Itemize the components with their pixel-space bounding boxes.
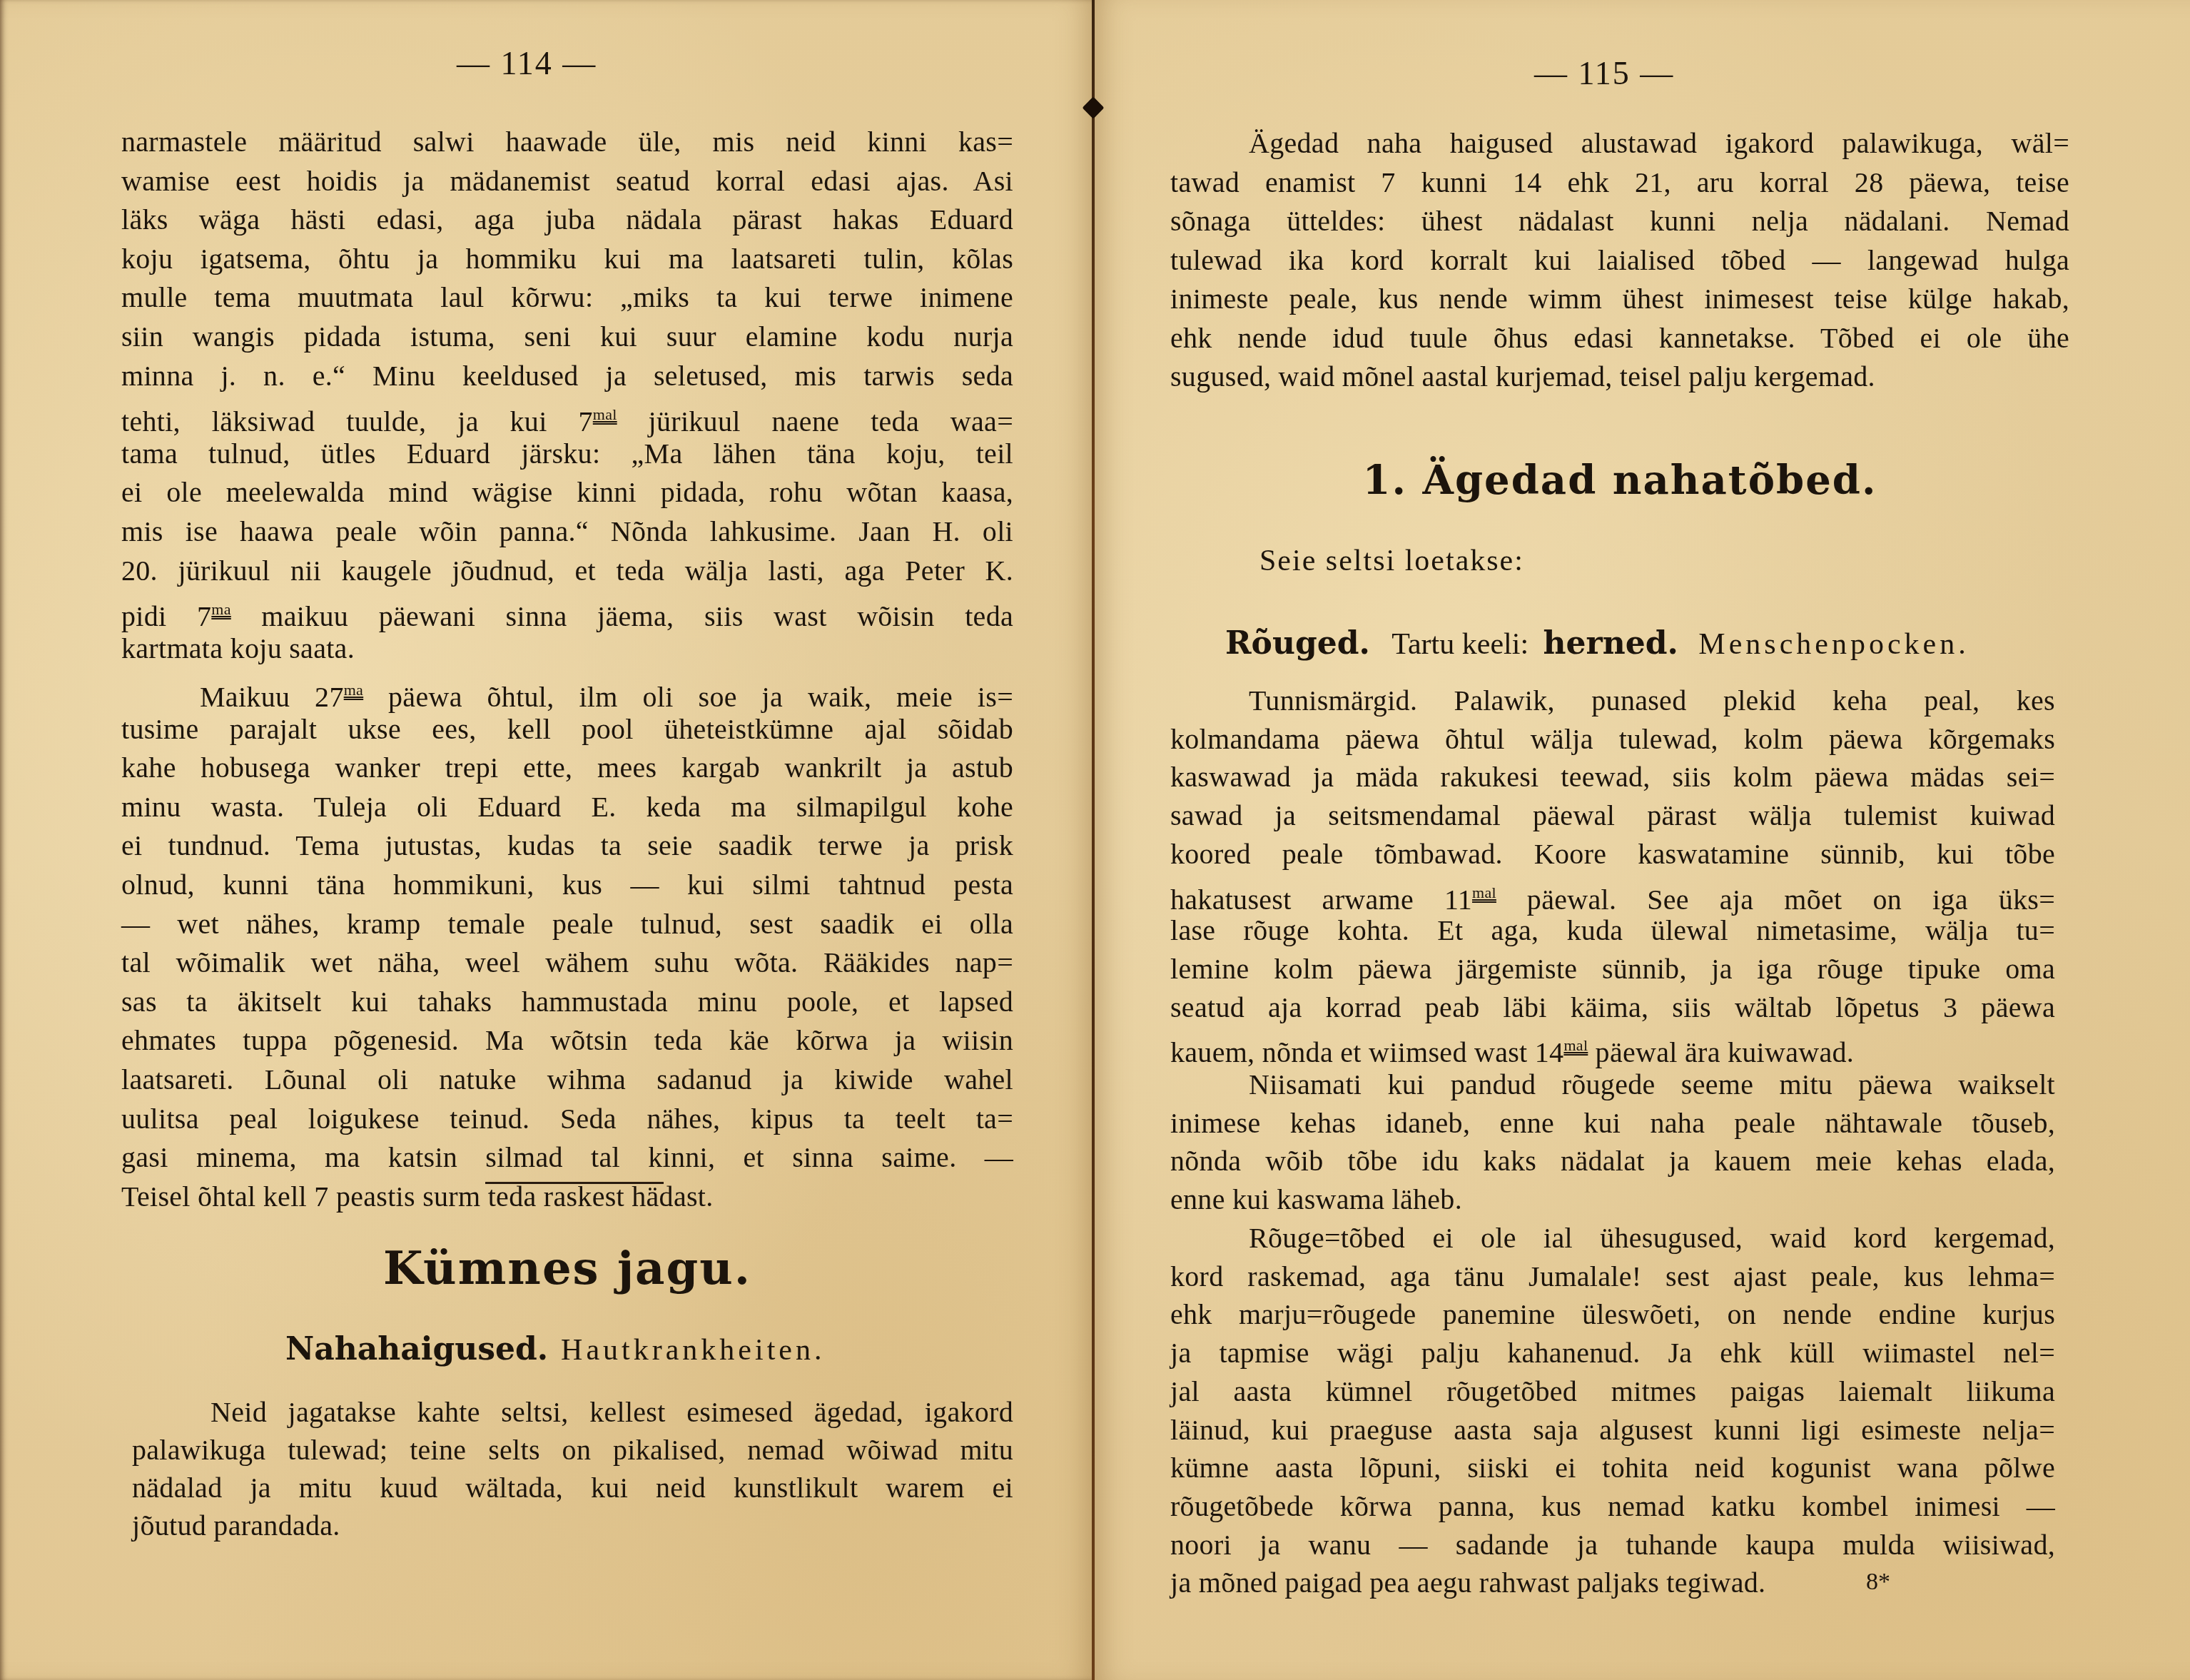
text-line: sas ta äkitselt kui tahaks hammustada mi… <box>121 983 1013 1021</box>
page-number-right: — 115 — <box>1534 54 1674 92</box>
text-fragment: pidi 7 <box>121 600 211 632</box>
text-line: ei ole meelewalda mind wägise kinni pida… <box>121 473 1013 512</box>
text-line: wamise eest hoidis ja mädanemist seatud … <box>121 162 1013 201</box>
section-divider-rule <box>485 1182 664 1184</box>
text-line: kümne aasta lõpuni, siiski ei tohita nei… <box>1170 1449 2055 1487</box>
text-line: kartmata koju saata. <box>121 629 1013 668</box>
text-fragment: mal <box>1472 884 1496 901</box>
heading-estonian: Nahahaigused. <box>285 1331 548 1367</box>
text-fragment: Maikuu 27 <box>200 681 344 713</box>
text-line: koored peale tõmbawad. Koore kaswatamine… <box>1170 835 2055 874</box>
text-line: kauem, nõnda et wiimsed wast 14mal päewa… <box>1170 1026 2055 1065</box>
text-line: ja mõned paigad pea aegu rahwast paljaks… <box>1170 1564 2055 1602</box>
heading-german: Hautkrankheiten. <box>561 1334 825 1367</box>
book-gutter <box>1092 0 1095 1680</box>
text-line: pidi 7ma maikuu päewani sinna jäema, sii… <box>121 590 1013 629</box>
text-line: jal aasta kümnel rõugetõbed mitmes paiga… <box>1170 1372 2055 1411</box>
signature-mark: 8* <box>1866 1569 1890 1596</box>
text-line: kahe hobusega wanker trepi ette, mees ka… <box>121 749 1013 787</box>
text-fragment: päewa õhtul, ilm oli soe ja waik, meie i… <box>363 681 1013 713</box>
text-line: laatsareti. Lõunal oli natuke wihma sada… <box>121 1061 1013 1099</box>
text-line: kolmandama päewa õhtul wälja tulewad, ko… <box>1170 720 2055 759</box>
text-line: sugused, waid mõnel aastal kurjemad, tei… <box>1170 358 2069 396</box>
text-fragment: ma <box>211 600 230 618</box>
text-line: rõugetõbede kõrwa panna, kus nemad katku… <box>1170 1487 2055 1526</box>
text-line: nõnda wõib tõbe idu kaks nädalat ja kaue… <box>1170 1142 2055 1180</box>
text-line: sõnaga ütteldes: ühest nädalast kunni ne… <box>1170 202 2069 241</box>
text-line: ja tapmise wägi palju kahanenud. Ja ehk … <box>1170 1334 2055 1372</box>
intro-line: Seie seltsi loetakse: <box>1259 544 1524 578</box>
disease-heading-smallpox: Rõuged. Tartu keeli: herned. Menschenpoc… <box>1225 625 1970 662</box>
text-fragment: päewal ära kuiwawad. <box>1588 1036 1854 1068</box>
text-line: mulle tema muutmata laul kõrwu: „miks ta… <box>121 278 1013 317</box>
text-line: tusime parajalt ukse ees, kell pool ühet… <box>121 710 1013 749</box>
text-line: enne kui kaswama läheb. <box>1170 1180 2055 1219</box>
text-line: tal wõimalik wet näha, weel wähem suhu w… <box>121 943 1013 982</box>
text-line: mis ise haawa peale wõin panna.“ Nõnda l… <box>121 512 1013 551</box>
text-line: tawad enamist 7 kunni 14 ehk 21, aru kor… <box>1170 163 2069 202</box>
text-line: narmastele määritud salwi haawade üle, m… <box>121 123 1013 161</box>
text-line: lemine kolm päewa järgemiste sünnib, ja … <box>1170 950 2055 988</box>
text-line: palawikuga tulewad; teine selts on pikal… <box>132 1431 1013 1469</box>
text-fragment: hakatusest arwame 11 <box>1170 884 1472 916</box>
text-fragment: maikuu päewani sinna jäema, siis wast wõ… <box>231 600 1013 632</box>
text-line: siin wangis pidada istuma, seni kui suur… <box>121 318 1013 356</box>
dialect-name: herned. <box>1543 625 1678 662</box>
text-line: tehti, läksiwad tuulde, ja kui 7mal jüri… <box>121 395 1013 434</box>
text-line: tulewad ika kord korralt kui laialised t… <box>1170 241 2069 280</box>
text-line: 20. jürikuul nii kaugele jõudnud, et ted… <box>121 552 1013 590</box>
german-name: Menschenpocken. <box>1698 628 1969 661</box>
text-line: olnud, kunni täna hommikuni, kus — kui s… <box>121 866 1013 904</box>
text-fragment: jürikuul naene teda waa= <box>617 405 1013 437</box>
text-line: minna j. n. e.“ Minu keeldused ja seletu… <box>121 357 1013 395</box>
text-line: Maikuu 27ma päewa õhtul, ilm oli soe ja … <box>121 671 1013 709</box>
text-line: kord raskemad, aga tänu Jumalale! sest a… <box>1170 1258 2055 1296</box>
section-title-acute-skin-diseases: 1. Ägedad nahatõbed. <box>1170 457 2069 504</box>
text-line: lase rõuge kohta. Et aga, kuda ülewal ni… <box>1170 911 2055 950</box>
text-line: Neid jagatakse kahte seltsi, kellest esi… <box>132 1393 1013 1432</box>
text-line: seatud aja korrad peab läbi käima, siis … <box>1170 988 2055 1027</box>
text-line: inimeste peale, kus nende wimm ühest ini… <box>1170 280 2069 318</box>
text-line: jõutud parandada. <box>132 1507 1013 1545</box>
section-heading-skin-diseases: Nahahaigused.Hautkrankheiten. <box>285 1331 825 1367</box>
text-line: Niisamati kui pandud rõugede seeme mitu … <box>1170 1066 2055 1104</box>
disease-name: Rõuged. <box>1225 625 1370 662</box>
text-line: ehk nende idud tuule õhus edasi kannetak… <box>1170 319 2069 358</box>
text-line: tama tulnud, ütles Eduard järsku: „Ma lä… <box>121 435 1013 473</box>
page-number-left: — 114 — <box>457 44 597 82</box>
text-fragment: kauem, nõnda et wiimsed wast 14 <box>1170 1036 1563 1068</box>
text-line: uulitsa peal loigukese teinud. Seda nähe… <box>121 1100 1013 1138</box>
text-line: noori ja wanu — sadande ja tuhande kaupa… <box>1170 1526 2055 1564</box>
text-line: sawad ja seitsmendamal päewal pärast wäl… <box>1170 796 2055 835</box>
text-fragment: mal <box>1563 1036 1588 1054</box>
chapter-title: Kümnes jagu. <box>121 1242 1013 1295</box>
text-line: Ägedad naha haigused alustawad igakord p… <box>1170 124 2069 163</box>
text-line: nädalad ja mitu kuud wältada, kui neid k… <box>132 1469 1013 1507</box>
text-fragment: päewal. See aja mõet on iga üks= <box>1496 884 2055 916</box>
text-line: inimese kehas idaneb, enne kui naha peal… <box>1170 1104 2055 1143</box>
text-line: läinud, kui praeguse aasta saja algusest… <box>1170 1411 2055 1449</box>
dialect-label: Tartu keeli: <box>1391 628 1529 661</box>
text-line: — wet nähes, kramp temale peale tulnud, … <box>121 905 1013 943</box>
text-fragment: tehti, läksiwad tuulde, ja kui 7 <box>121 405 593 437</box>
text-line: kaswawad ja mäda rakukesi teewad, siis k… <box>1170 758 2055 796</box>
text-line: ei tundnud. Tema jutustas, kudas ta seie… <box>121 826 1013 865</box>
text-line: ehmates tuppa põgenesid. Ma wõtsin teda … <box>121 1021 1013 1060</box>
text-line: ehk marju=rõugede panemine üleswõeti, on… <box>1170 1295 2055 1334</box>
text-line: gasi minema, ma katsin silmad tal kinni,… <box>121 1138 1013 1177</box>
text-line: koju igatsema, õhtu ja hommiku kui ma la… <box>121 240 1013 278</box>
text-line: hakatusest arwame 11mal päewal. See aja … <box>1170 874 2055 912</box>
text-fragment: ma <box>344 681 363 699</box>
text-line: minu wasta. Tuleja oli Eduard E. keda ma… <box>121 788 1013 826</box>
text-line: Rõuge=tõbed ei ole ial ühesugused, waid … <box>1170 1219 2055 1258</box>
text-line: Tunnismärgid. Palawik, punased plekid ke… <box>1170 682 2055 720</box>
text-fragment: mal <box>593 405 617 423</box>
text-line: läks wäga hästi edasi, aga juba nädala p… <box>121 201 1013 239</box>
